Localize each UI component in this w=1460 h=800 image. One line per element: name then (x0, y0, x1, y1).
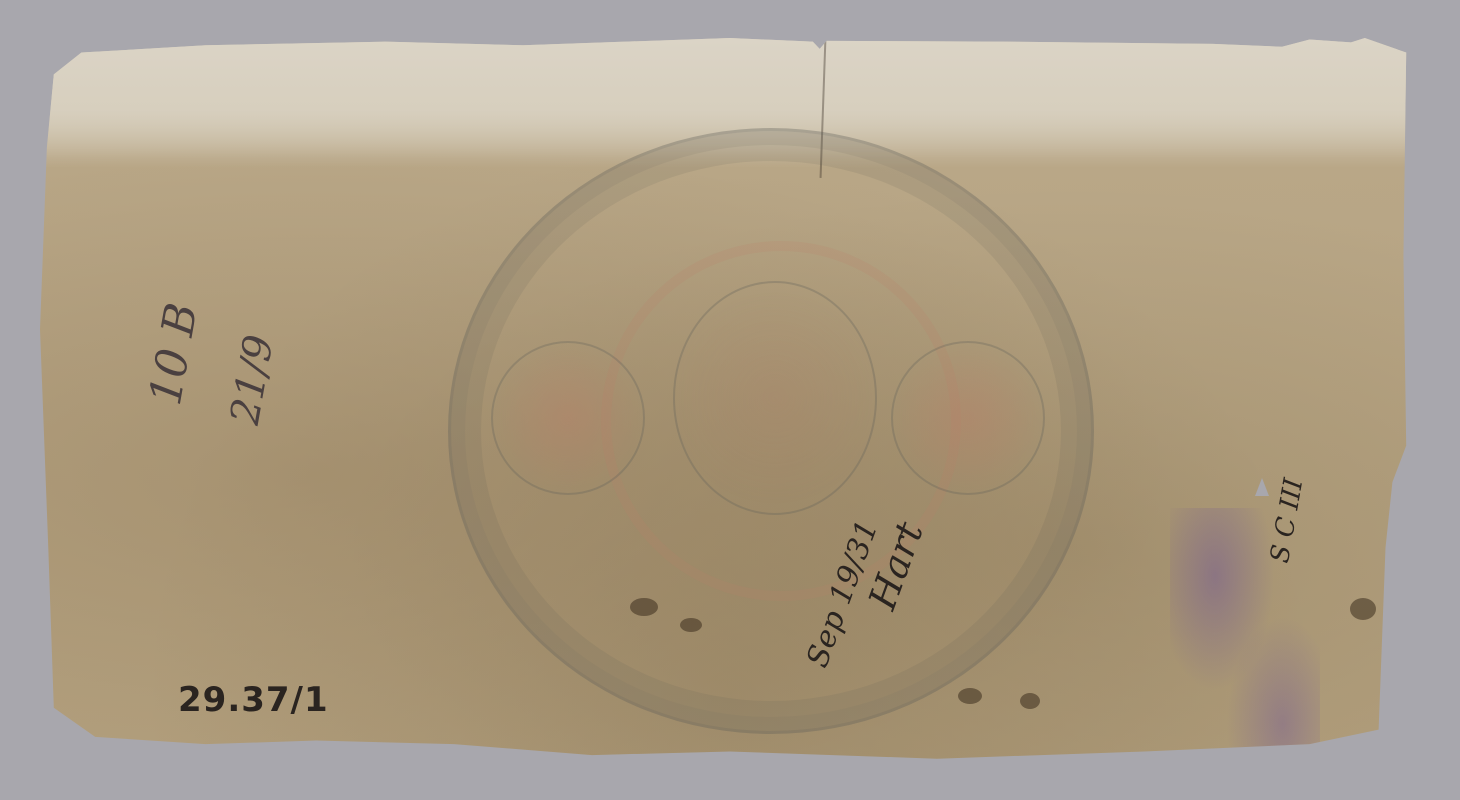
ink-blot (1350, 598, 1376, 620)
accession-number: 29.37/1 (178, 680, 329, 720)
purple-ink-stamp (1170, 508, 1320, 778)
ink-blot (630, 598, 658, 616)
ink-blot (958, 688, 982, 704)
seal-left-medallion (491, 341, 645, 495)
grey-backdrop: 29.37/1 10 B 21/9 Hart Sep 19/31 S C III (0, 0, 1460, 800)
seal-right-medallion (891, 341, 1045, 495)
ink-blot (680, 618, 702, 632)
engraved-circular-seal (448, 128, 1094, 734)
seal-center-medallion (673, 281, 877, 515)
ink-blot (1020, 693, 1040, 709)
